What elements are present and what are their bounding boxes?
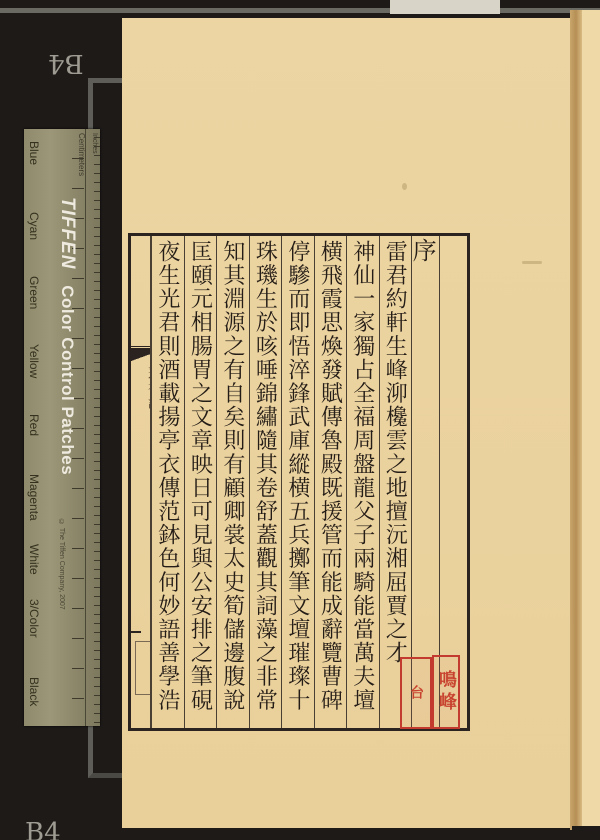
- inches-label: Inches: [91, 133, 98, 154]
- margin-tick: [131, 631, 141, 633]
- seal-stamp-left: 台: [400, 657, 432, 729]
- book-title-margin: 蓮社詞: [135, 366, 151, 411]
- brand-text: TIFFEN Color Control Patches: [56, 197, 78, 475]
- centimeters-label: Centimeters: [77, 133, 86, 176]
- plate-label-bottom: B4: [25, 818, 61, 840]
- product-name: Color Control Patches: [58, 285, 77, 475]
- text-column-6: 知其淵源之有自矣則有顧卿裳太史筍儲邊腹說解: [216, 236, 248, 728]
- paper-spot: [402, 183, 407, 190]
- swatch-labels: Blue Cyan Green Yellow Red Magenta White…: [27, 129, 43, 726]
- swatch-3color: 3/Color: [27, 599, 41, 638]
- fore-edge-margin: 蓮社詞 鶴峯閣藏: [131, 236, 151, 728]
- swatch-white: White: [27, 544, 41, 575]
- text-column-8: 夜生光君則酒載揚亭衣傳范鉢色何妙語善學浩然: [151, 236, 183, 728]
- text-column-3: 横飛霞思煥發賦傳魯殿既援管而能成辭覽曹碑亦: [314, 236, 346, 728]
- text-columns: 序 雷君約軒生峰泖欃雲之地擅沅湘屈賈之才 神仙一家獨占全福周盤龍父子兩騎能當萬夫…: [131, 236, 467, 728]
- text-column-2: 神仙一家獨占全福周盤龍父子兩騎能當萬夫壇壘: [346, 236, 378, 728]
- swatch-yellow: Yellow: [27, 344, 41, 378]
- text-column-7: 匡頤元相腸胃之文章映日可見與公安排之筆硯徹: [184, 236, 216, 728]
- bottom-edge: [572, 826, 600, 840]
- color-control-strip: Centimeters Inches TIFFEN Color Control …: [24, 129, 100, 726]
- seal-stamp-right: 鳴峰: [432, 655, 460, 729]
- plate-label-top: B4: [48, 48, 84, 78]
- text-column-4: 停驂而即悟淬鋒武庫縱横五兵擲筆文壇璀璨十色: [281, 236, 313, 728]
- book-gutter: [570, 10, 582, 830]
- copy-stand-frame-top: [0, 8, 600, 13]
- inch-scale: [85, 129, 100, 726]
- swatch-black: Black: [27, 677, 41, 706]
- fishtail-mark: [131, 348, 151, 364]
- studio-name-margin: 鶴峯閣藏: [135, 641, 151, 695]
- copyright-text: © The Tiffen Company, 2007: [58, 519, 65, 610]
- next-page-edge: [582, 10, 600, 830]
- swatch-cyan: Cyan: [27, 212, 41, 240]
- paper-spot: [522, 261, 542, 264]
- text-column-5: 珠璣生於咳唾錦繡隨其卷舒蓋觀其詞藻之非常而: [249, 236, 281, 728]
- swatch-magenta: Magenta: [27, 474, 41, 521]
- swatch-blue: Blue: [27, 141, 41, 165]
- swatch-red: Red: [27, 414, 41, 436]
- brand-name: TIFFEN: [57, 197, 78, 270]
- top-edge-strip: [390, 0, 500, 14]
- swatch-green: Green: [27, 276, 41, 309]
- fishtail-rule: [131, 346, 151, 347]
- text-column-1: 雷君約軒生峰泖欃雲之地擅沅湘屈賈之才: [379, 236, 411, 728]
